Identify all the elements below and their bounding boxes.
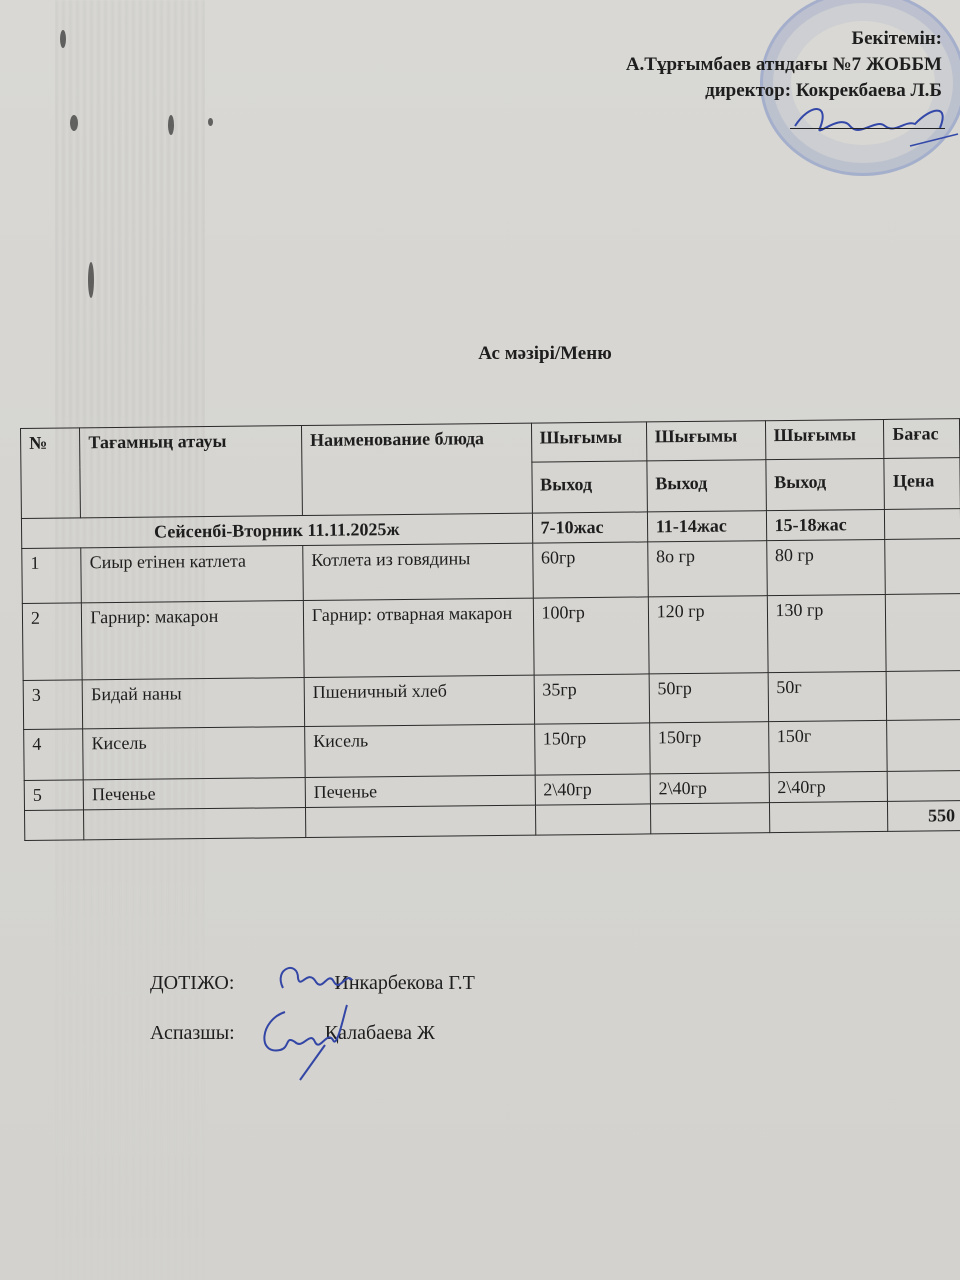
signature-role: ДОТІЖО: xyxy=(150,972,234,994)
organization-name: А.Тұрғымбаев атндағы №7 ЖОББМ xyxy=(626,52,942,78)
signature-scribble-1 xyxy=(268,958,358,1003)
row-num: 2 xyxy=(22,603,82,681)
header-yield-kz-1: Шығымы xyxy=(531,422,647,462)
row-yield-1: 35гр xyxy=(534,674,650,724)
header-yield-kz-3: Шығымы xyxy=(765,419,884,459)
row-yield-3: 80 гр xyxy=(766,539,885,595)
row-num: 4 xyxy=(24,729,84,781)
row-yield-3: 50г xyxy=(768,671,887,721)
approval-label: Бекітемін: xyxy=(626,26,942,52)
row-name-kz: Сиыр етінен катлета xyxy=(81,546,303,603)
row-name-ru: Кисель xyxy=(305,724,535,777)
table-row: 2 Гарнир: макарон Гарнир: отварная макар… xyxy=(22,594,960,681)
row-yield-2: 120 гр xyxy=(648,596,768,674)
row-price xyxy=(887,720,960,772)
header-yield-ru-3: Выход xyxy=(765,458,884,510)
header-yield-ru-2: Выход xyxy=(647,460,766,512)
age-group-3: 15-18жас xyxy=(766,509,885,540)
ink-spot xyxy=(70,115,78,131)
row-name-kz: Кисель xyxy=(83,727,305,780)
approval-block: Бекітемін: А.Тұрғымбаев атндағы №7 ЖОББМ… xyxy=(626,26,942,104)
row-name-ru: Пшеничный хлеб xyxy=(304,675,534,726)
header-price-kz: Бағас xyxy=(884,419,960,459)
header-price-ru: Цена xyxy=(884,458,960,510)
row-num: 1 xyxy=(22,548,82,604)
table-row: 1 Сиыр етінен катлета Котлета из говядин… xyxy=(22,539,960,604)
row-name-ru: Гарнир: отварная макарон xyxy=(303,598,533,677)
row-yield-1: 2\40гр xyxy=(535,774,651,805)
row-num: 3 xyxy=(23,680,83,730)
row-price xyxy=(887,771,960,802)
header-yield-ru-1: Выход xyxy=(531,461,647,513)
row-yield-2: 50гр xyxy=(649,673,768,723)
age-group-2: 11-14жас xyxy=(647,511,766,542)
row-name-kz: Гарнир: макарон xyxy=(82,601,304,680)
row-yield-2: 2\40гр xyxy=(650,773,769,804)
row-yield-3: 150г xyxy=(768,720,887,772)
age-group-price xyxy=(885,509,960,540)
row-num: 5 xyxy=(24,780,84,811)
row-price xyxy=(885,539,960,595)
menu-table: № Тағамның атауы Наименование блюда Шығы… xyxy=(20,418,960,841)
row-yield-1: 60гр xyxy=(532,542,648,598)
header-yield-kz-2: Шығымы xyxy=(646,421,765,461)
header-name-kz: Тағамның атауы xyxy=(80,426,303,518)
row-name-kz: Бидай наны xyxy=(82,678,304,729)
header-num: № xyxy=(21,428,81,519)
row-price xyxy=(886,594,960,672)
signature-line xyxy=(790,128,945,129)
row-name-ru: Печенье xyxy=(305,775,535,807)
signature-scribble-2 xyxy=(255,1000,355,1085)
total-price: 550 xyxy=(888,801,960,832)
row-yield-2: 8о гр xyxy=(647,541,766,597)
row-yield-1: 150гр xyxy=(534,723,650,775)
ink-spot xyxy=(208,118,213,126)
row-name-kz: Печенье xyxy=(83,778,305,810)
age-group-1: 7-10жас xyxy=(532,512,648,543)
page-title: Ас мәзірі/Меню xyxy=(0,343,960,365)
row-name-ru: Котлета из говядины xyxy=(303,543,533,600)
row-price xyxy=(886,671,960,721)
header-name-ru: Наименование блюда xyxy=(301,423,532,515)
ink-spot xyxy=(168,115,174,135)
row-yield-3: 2\40гр xyxy=(769,771,888,802)
row-yield-2: 150гр xyxy=(649,722,768,774)
row-yield-1: 100гр xyxy=(533,597,649,675)
signature-role: Аспазшы: xyxy=(150,1022,235,1044)
ink-spot xyxy=(88,262,94,298)
row-yield-3: 130 гр xyxy=(767,594,887,672)
ink-spot xyxy=(60,30,66,48)
